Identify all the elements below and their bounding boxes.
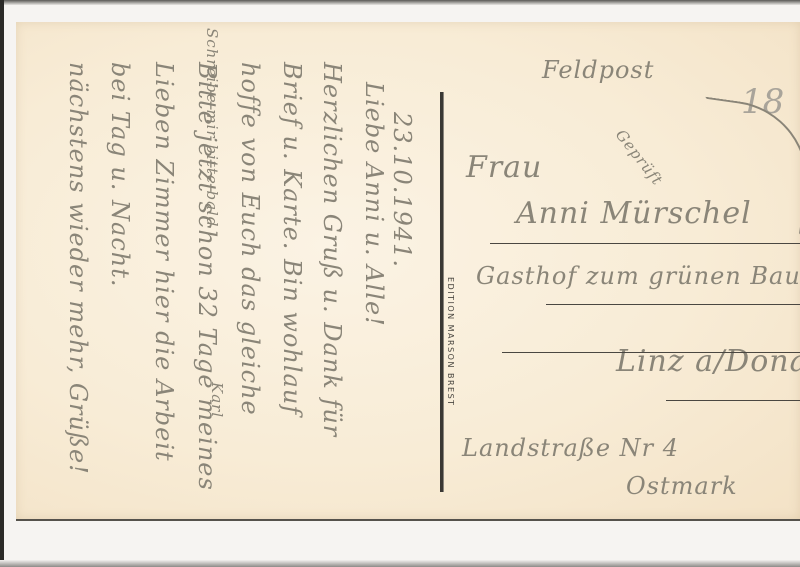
message-line: Bitte jetzt schon 32 Tage meines bbox=[193, 62, 221, 491]
message-line: Liebe Anni u. Alle! bbox=[360, 82, 388, 327]
address-rule bbox=[666, 400, 800, 401]
address-rule bbox=[546, 304, 800, 305]
message-line: Herzlichen Gruß u. Dank für bbox=[318, 62, 346, 437]
service-mark: Feldpost bbox=[542, 56, 654, 84]
message-line: hoffe von Euch das gleiche bbox=[236, 62, 264, 416]
scan-left-edge bbox=[0, 0, 4, 567]
address-rule bbox=[502, 352, 800, 353]
publisher-imprint: EDITION MARSON BREST bbox=[446, 277, 455, 407]
message-line: nächstens wieder mehr, Grüße! bbox=[64, 62, 92, 475]
recipient-establishment: Gasthof zum grünen Baum bbox=[476, 262, 800, 290]
address-rule bbox=[490, 243, 800, 244]
recipient-region: Ostmark bbox=[626, 472, 738, 500]
recipient-salutation: Frau bbox=[466, 150, 542, 185]
censor-note: Geprüft bbox=[612, 126, 667, 189]
signature: Karl bbox=[208, 382, 226, 418]
scan-top-edge bbox=[0, 0, 800, 5]
message-line: Brief u. Karte. Bin wohlauf bbox=[278, 62, 306, 415]
recipient-name: Anni Mürschel bbox=[516, 196, 752, 231]
message-line: bei Tag u. Nacht. bbox=[106, 62, 134, 288]
recipient-street: Landstraße Nr 4 bbox=[462, 434, 679, 462]
message-line: Lieben Zimmer hier die Arbeit bbox=[150, 62, 178, 462]
postcard: Schreibe mir bitte bald 23.10.1941. Lieb… bbox=[16, 22, 800, 521]
scan-bottom-edge bbox=[0, 560, 800, 567]
center-divider bbox=[440, 92, 444, 492]
message-date: 23.10.1941. bbox=[388, 112, 416, 268]
recipient-city: Linz a/Donau bbox=[616, 344, 800, 379]
